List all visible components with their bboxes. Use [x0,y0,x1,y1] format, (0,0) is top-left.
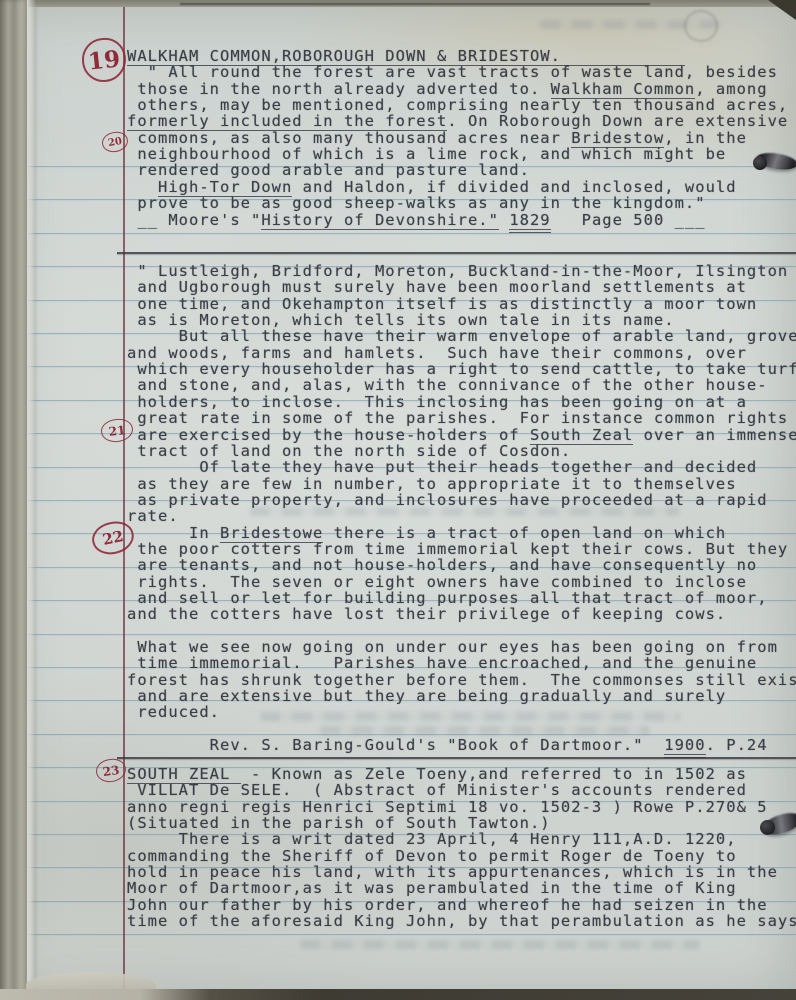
ruled-line [27,233,796,234]
typed-line-moore-quote: High-Tor Down and Haldon, if divided and… [127,179,737,195]
typed-line-baring-gould-quote: " Lustleigh, Bridford, Moreton, Buckland… [127,263,788,279]
typed-line-baring-gould-quote: holders, to inclose. This inclosing has … [127,394,747,410]
typed-line-baring-gould-quote: as they are few in number, to appropriat… [127,476,737,492]
margin-rule-line [123,6,125,1000]
typed-line-baring-gould-quote: and the cotters have lost their privileg… [127,606,726,622]
typed-line-moore-quote: " All round the forest are vast tracts o… [127,64,778,80]
typed-line-south-zeal-note: (Situated in the parish of South Tawton.… [127,815,551,831]
ruled-line [27,934,796,935]
typed-divider-rule [117,252,796,254]
typed-line-baring-gould-quote: are tenants, and not house-holders, and … [127,557,757,573]
typed-line-baring-gould-quote: great rate in some of the parishes. For … [127,410,788,426]
ink-showthrough [320,726,650,735]
typed-line-moore-quote: those in the north already adverted to. … [127,81,768,97]
typed-divider-rule [117,757,796,759]
ruled-line [27,634,796,635]
typed-line-south-zeal-note: Moor of Dartmoor,as it was perambulated … [127,880,737,896]
paper-left-edge [27,0,36,1000]
binder-ring-bottom-tip [760,820,775,835]
typed-line-south-zeal-note: There is a writ dated 23 April, 4 Henry … [127,831,737,847]
ink-showthrough [300,940,700,949]
typed-line-south-zeal-note: John our father by his order, and whereo… [127,897,768,913]
typed-line-south-zeal-note: hold in peace his land, with its appurte… [127,864,778,880]
typed-line-baring-gould-quote: tract of land on the north side of Cosdo… [127,443,571,459]
typed-line-baring-gould-quote: one time, and Okehampton itself is as di… [127,296,757,312]
typed-line-baring-gould-quote: as is Moreton, which tells its own tale … [127,312,675,328]
typed-line-baring-gould-quote: as private property, and inclosures have… [127,492,768,508]
top-edge-line [180,3,650,5]
typed-line-south-zeal-note: commanding the Sheriff of Devon to permi… [127,848,737,864]
typed-line-baring-gould-quote: rights. The seven or eight owners have c… [127,574,747,590]
typed-line-baring-gould-quote: and are extensive but they are being gra… [127,688,726,704]
typed-line-baring-gould-quote: But all these have their warm envelope o… [127,328,796,344]
typed-line-moore-quote: __ Moore's "History of Devonshire." 1829… [127,212,706,228]
typed-line-south-zeal-note: anno regni regis Henrici Septimi 18 vo. … [127,799,768,815]
book-binding-edge [0,0,27,1000]
ink-showthrough [260,712,680,721]
typed-line-south-zeal-note: VILLAT De SELE. ( Abstract of Minister's… [127,782,747,798]
typed-line-baring-gould-quote: What we see now going on under our eyes … [127,639,778,655]
binder-ring-top-tip [753,156,767,170]
scanned-notebook-page: WALKHAM COMMON,ROBOROUGH DOWN & BRIDESTO… [0,0,796,1000]
typed-line-south-zeal-note: time of the aforesaid King John, by that… [127,913,796,929]
typed-line-baring-gould-quote: Rev. S. Baring-Gould's "Book of Dartmoor… [127,737,768,753]
typed-line-baring-gould-quote: rate. [127,508,179,524]
typed-line-baring-gould-quote: are exercised by the house-holders of So… [127,427,796,443]
typed-line-baring-gould-quote: Of late they have put their heads togeth… [127,459,757,475]
typed-line-baring-gould-quote: In Bridestowe there is a tract of open l… [127,525,726,541]
typed-line-baring-gould-quote: which every householder has a right to s… [127,361,796,377]
typed-line-baring-gould-quote: and sell or let for building purposes al… [127,590,768,606]
typed-line-moore-quote: prove to be as good sheep-walks as any i… [127,195,706,211]
typed-line-baring-gould-quote: and Ugborough must surely have been moor… [127,279,747,295]
typed-line-moore-quote: others, may be mentioned, comprising nea… [127,97,788,113]
typed-line-moore-quote: WALKHAM COMMON,ROBOROUGH DOWN & BRIDESTO… [127,48,685,64]
typed-line-moore-quote: formerly included in the forest. On Robo… [127,113,788,129]
typed-line-baring-gould-quote: time immemorial. Parishes have encroache… [127,655,757,671]
typed-line-baring-gould-quote: forest has shrunk together before them. … [127,672,796,688]
typed-line-baring-gould-quote: the poor cotters from time immemorial ke… [127,541,788,557]
typed-line-baring-gould-quote: reduced. [127,704,220,720]
typed-line-moore-quote: commons, as also many thousand acres nea… [127,130,747,146]
typed-line-moore-quote: rendered good arable and pasture land. [127,162,530,178]
bottom-edge [0,989,796,1000]
typed-line-baring-gould-quote: and woods, farms and hamlets. Such have … [127,345,747,361]
typed-line-south-zeal-note: SOUTH ZEAL - Known as Zele Toeny,and ref… [127,766,747,782]
typed-line-moore-quote: neighbourhood of which is a lime rock, a… [127,146,726,162]
typed-line-baring-gould-quote: and stone, and, alas, with the connivanc… [127,377,768,393]
faint-circle-mark [684,10,718,42]
